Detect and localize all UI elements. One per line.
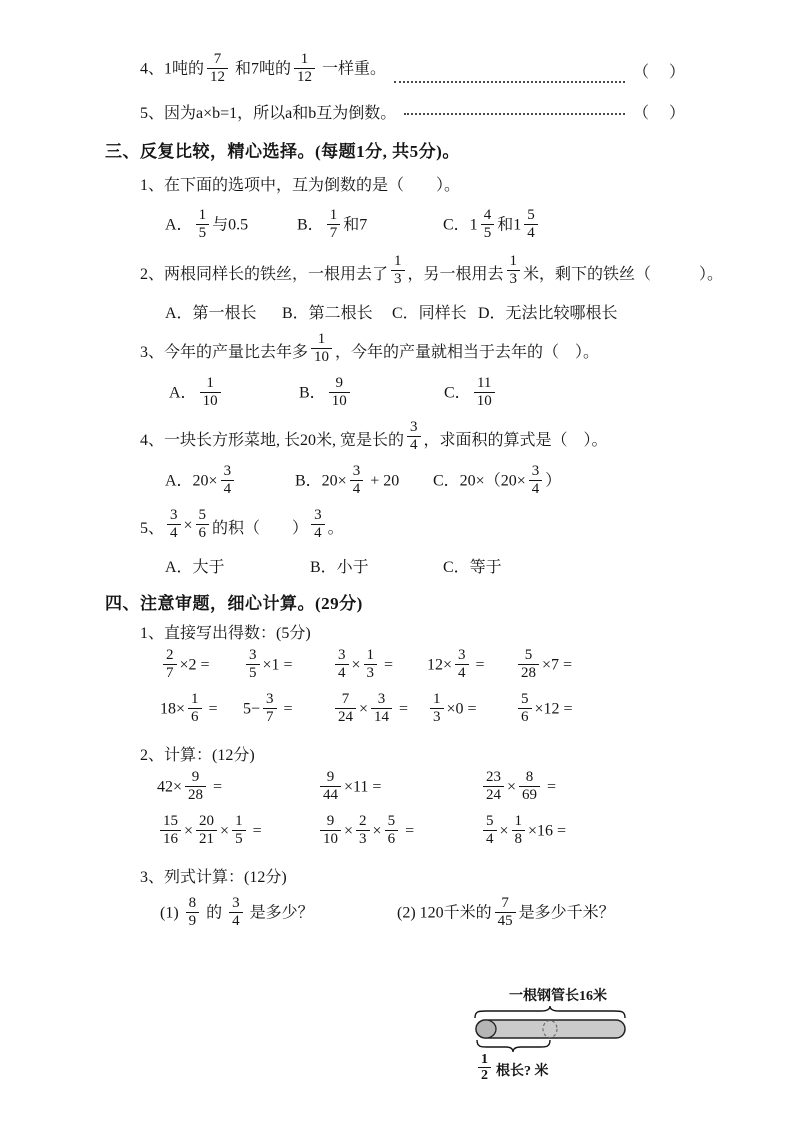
expression: 5−37 = [243,693,332,726]
fraction: 34 [407,419,421,452]
fraction: 528 [518,647,539,680]
fraction: 314 [371,691,392,724]
q5-option-c: C．等于 [443,554,502,577]
fraction: 89 [186,895,200,928]
pipe-diagram [473,1006,638,1054]
section-4-sub-2: 2、计算：(12分) [105,740,687,766]
expression: 56×12 = [515,693,573,726]
fraction: 16 [188,691,202,724]
q3-option-c: C．1110 [444,377,498,410]
expression: 910×23×56 = [317,815,480,848]
word-problem-1: (1) 89 的 34 是多少？ [160,897,397,930]
q4-option-c: C．20×（20×34） [433,465,561,498]
fraction: 1516 [160,813,181,846]
calc-row-1: 42×928 = 944×11 = 2324×869 = [105,766,687,810]
fraction: 35 [246,647,260,680]
worksheet-page: 4、1吨的712 和7吨的112 一样重。 （ ） 5、因为a×b=1，所以a和… [0,0,793,1122]
truefalse-item-5: 5、因为a×b=1，所以a和b互为倒数。 （ ） [105,98,687,124]
q1-options: A．15与0.5 B．17和7 C．145和154 [105,204,687,248]
truefalse-item-4-text: 4、1吨的712 和7吨的112 一样重。 [140,53,386,86]
section-3-title: 三、反复比较，精心选择。(每题1分, 共5分)。 [105,136,687,162]
fraction: 944 [320,769,341,802]
word-problem-row: (1) 89 的 34 是多少？ (2) 120千米的745是多少千米？ [105,892,687,936]
expression: 35×1 = [243,649,332,682]
fraction: 110 [311,331,332,364]
fraction: 13 [430,691,444,724]
pipe-left-end [476,1020,496,1038]
expression: 42×928 = [157,771,317,804]
fraction: 27 [163,647,177,680]
q4-stem: 4、一块长方形菜地, 长20米, 宽是长的34，求面积的算式是（ ）。 [105,416,687,460]
bottom-brace [477,1040,550,1052]
section-4-title: 四、注意审题，细心计算。(29分) [105,588,687,614]
mental-math-row-2: 18×16 = 5−37 = 724×314 = 13×0 = 56×12 = [105,688,687,732]
truefalse-item-4: 4、1吨的712 和7吨的112 一样重。 （ ） [105,48,687,92]
fraction: 910 [329,375,350,408]
q2-option-c: C．同样长 [392,300,478,323]
fraction: 56 [196,507,210,540]
fraction: 54 [524,207,538,240]
q5-options: A．大于 B．小于 C．等于 [105,552,687,578]
q1-option-c: C．145和154 [443,209,541,242]
fraction: 2021 [196,813,217,846]
q3-options: A．110 B．910 C．1110 [105,372,687,416]
fraction: 34 [350,463,364,496]
fraction: 34 [167,507,181,540]
q2-stem: 2、两根同样长的铁丝，一根用去了13，另一根用去13米，剩下的铁丝（ ）。 [105,250,687,294]
fraction: 910 [320,813,341,846]
fraction: 56 [518,691,532,724]
fraction: 34 [311,507,325,540]
fraction: 15 [232,813,246,846]
fraction: 745 [495,895,516,928]
fraction: 23 [356,813,370,846]
expression: 528×7 = [515,649,572,682]
fraction: 56 [385,813,399,846]
expression: 2324×869 = [480,771,556,804]
expression: 944×11 = [317,771,480,804]
expression: 724×314 = [332,693,427,726]
fraction: 110 [200,375,221,408]
fraction: 15 [196,207,210,240]
fraction: 13 [507,253,521,286]
fraction: 34 [455,647,469,680]
expression: 12×34 = [427,649,515,682]
fraction: 928 [185,769,206,802]
expression: 13×0 = [427,693,515,726]
answer-bracket: （ ） [633,100,687,123]
fraction: 45 [481,207,495,240]
dotted-leader [404,113,625,115]
pipe-figure-bottom-label: 12 根长? 米 [473,1054,643,1085]
top-brace [475,1006,625,1018]
expression: 27×2 = [160,649,243,682]
expression: 54×18×16 = [480,815,566,848]
q3-option-a: A．110 [169,377,299,410]
fraction: 34 [221,463,235,496]
expression: 1516×2021×15 = [157,815,317,848]
q1-stem: 1、在下面的选项中，互为倒数的是（ ）。 [105,170,687,196]
pipe-figure-top-label: 一根钢管长16米 [473,988,643,1006]
mental-math-row-1: 27×2 = 35×1 = 34×13 = 12×34 = 528×7 = [105,644,687,688]
fraction: 54 [483,813,497,846]
fraction: 712 [207,51,228,84]
fraction: 12 [478,1052,491,1083]
fraction: 869 [519,769,540,802]
truefalse-item-5-text: 5、因为a×b=1，所以a和b互为倒数。 [140,100,396,123]
q4-option-b: B．20×34 + 20 [295,465,433,498]
fraction: 34 [229,895,243,928]
fraction: 1110 [474,375,495,408]
answer-bracket: （ ） [633,59,687,82]
fraction: 2324 [483,769,504,802]
q4-option-a: A．20×34 [165,465,295,498]
pipe-body [476,1020,625,1038]
section-4-sub-1: 1、直接写出得数：(5分) [105,618,687,644]
pipe-figure: 一根钢管长16米 12 根长? 米 [473,988,643,1085]
q2-option-a: A．第一根长 [165,300,282,323]
fraction: 37 [263,691,277,724]
fraction: 34 [529,463,543,496]
dotted-leader [394,81,625,83]
q5-stem: 5、34×56的积（ ）34。 [105,504,687,548]
fraction: 724 [335,691,356,724]
q1-option-b: B．17和7 [297,209,443,242]
fraction: 13 [391,253,405,286]
fraction: 17 [327,207,341,240]
q2-option-d: D．无法比较哪根长 [478,300,618,323]
q2-option-b: B．第二根长 [282,300,392,323]
q3-stem: 3、今年的产量比去年多110，今年的产量就相当于去年的（ ）。 [105,328,687,372]
word-problem-2: (2) 120千米的745是多少千米？ [397,897,615,930]
expression: 18×16 = [160,693,243,726]
q4-options: A．20×34 B．20×34 + 20 C．20×（20×34） [105,460,687,504]
q2-options: A．第一根长 B．第二根长 C．同样长 D．无法比较哪根长 [105,298,687,324]
q1-option-a: A．15与0.5 [165,209,297,242]
fraction: 34 [335,647,349,680]
calc-row-2: 1516×2021×15 = 910×23×56 = 54×18×16 = [105,810,687,854]
fraction: 18 [512,813,526,846]
q5-option-b: B．小于 [310,554,443,577]
fraction: 13 [364,647,378,680]
fraction: 112 [294,51,315,84]
q3-option-b: B．910 [299,377,444,410]
expression: 34×13 = [332,649,427,682]
q5-option-a: A．大于 [165,554,310,577]
section-4-sub-3: 3、列式计算：(12分) [105,862,687,888]
